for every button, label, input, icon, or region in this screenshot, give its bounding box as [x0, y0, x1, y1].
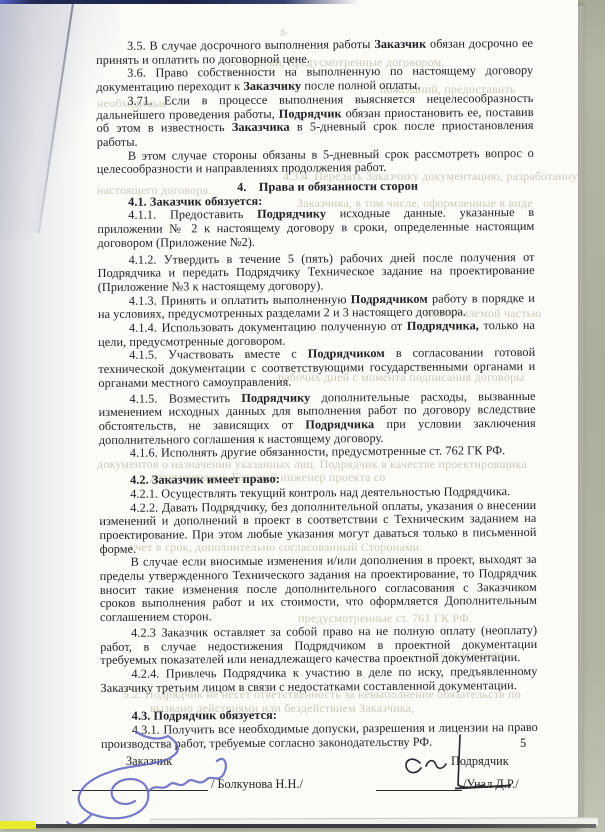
clause-4-1-5: 4.1.5. Участвовать вместе с Подрядчиком …	[98, 346, 535, 390]
clause-3-71: 3.71. Если в процессе выполнения выясняе…	[96, 92, 533, 150]
clause-4-1-5b: 4.1.5. Возместить Подрядчику дополнитель…	[98, 390, 535, 448]
clause-4-1-1: 4.1.1. Предоставить Подрядчику исходные …	[97, 206, 534, 250]
clause-4-2-2: 4.2.2. Давать Подрядчику, без дополнител…	[99, 498, 536, 556]
clause-3-71-note: В этом случае стороны обязаны в 5-дневны…	[97, 147, 534, 177]
contract-text-block: 3.5. В случае досрочного выполнения рабо…	[96, 37, 538, 751]
scanned-contract-page: { "document": { "blocks": [ {"cls":"para…	[0, 0, 605, 832]
scan-top-edge	[0, 0, 460, 4]
clause-4-1-2: 4.1.2. Утвердить в течение 5 (пять) рабо…	[97, 250, 534, 294]
scanner-background: ее в сроки, предусмотренные договором.по…	[0, 0, 605, 832]
contractor-signature-ink	[398, 735, 538, 795]
clause-4-1-6: 4.1.6. Исполнять другие обязанности, пре…	[99, 444, 536, 461]
clause-4-2-3: 4.2.3 Заказчик оставляет за собой право …	[100, 624, 537, 668]
customer-signature-ink	[40, 730, 245, 830]
pencil-mark: д.	[279, 25, 289, 37]
clause-4-2-2-note: В случае если вносимые изменения и/или д…	[100, 553, 537, 625]
yellow-tab	[0, 821, 36, 829]
contract-page-paper: ее в сроки, предусмотренные договором.по…	[0, 0, 578, 826]
scan-bottom-edge	[30, 824, 596, 828]
clause-4-2-4: 4.2.4. Привлечь Подрядчика к участию в д…	[100, 665, 537, 695]
